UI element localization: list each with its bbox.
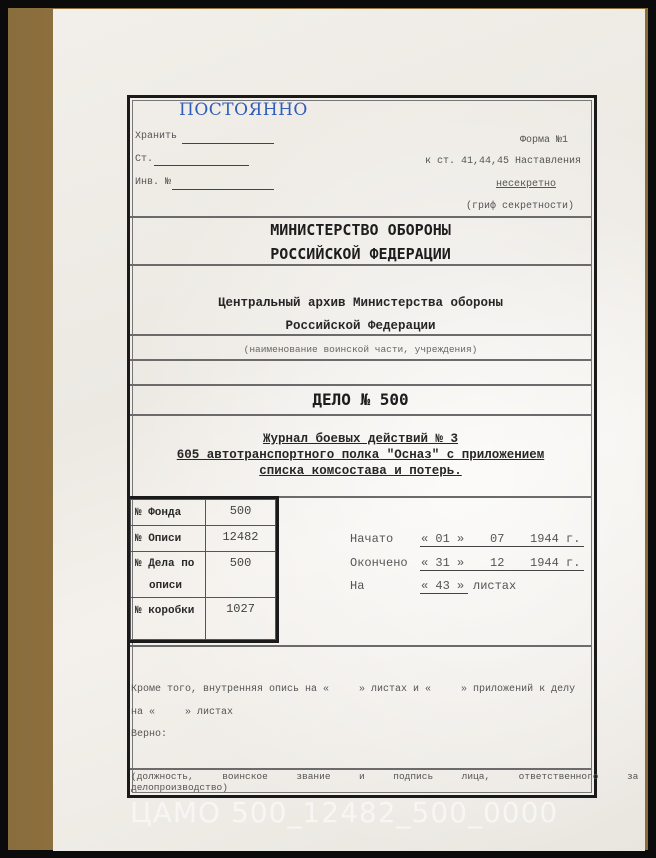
finished-label: Окончено: [350, 556, 408, 570]
verified-label: Верно:: [131, 729, 167, 740]
case-number-label: № Дела по описи: [131, 552, 206, 598]
ministry-title-line1: МИНИСТЕРСТВО ОБОРОНЫ: [130, 221, 591, 239]
classification-value: несекретно: [496, 179, 556, 190]
table-row: № Описи 12482: [131, 526, 276, 552]
started-day: « 01 »: [421, 532, 464, 546]
case-title: ДЕЛО № 500: [130, 390, 591, 409]
archive-name-line1: Центральный архив Министерства обороны: [130, 296, 591, 310]
storage-stamp: ПОСТОЯННО: [179, 100, 308, 120]
form-number: Форма №1: [520, 135, 568, 146]
started-year: 1944 г.: [530, 532, 580, 546]
archive-watermark: ЦАМО 500_12482_500_0000: [130, 796, 558, 829]
divider: [130, 384, 591, 386]
inventory-note-line2: на « » листах: [131, 707, 233, 718]
divider: [130, 264, 591, 266]
sheets-label: На: [350, 579, 364, 593]
classification-caption: (гриф секретности): [466, 201, 574, 212]
keep-label: Хранить: [135, 131, 177, 142]
signature-caption-line1: (должность, воинское звание и подпись ли…: [131, 771, 638, 782]
box-label: № коробки: [131, 598, 206, 640]
instruction-reference: к ст. 41,44,45 Наставления: [425, 156, 581, 167]
divider: [130, 359, 591, 361]
finished-underline: [420, 570, 584, 571]
table-row: № Фонда 500: [131, 500, 276, 526]
case-description-line1: Журнал боевых действий № 3: [130, 432, 591, 446]
registry-table: № Фонда 500 № Описи 12482 № Дела по опис…: [127, 496, 279, 643]
finished-day: « 31 »: [421, 556, 464, 570]
case-number-label-line1: № Дела по: [135, 553, 201, 575]
signature-caption-line2: делопроизводство): [131, 782, 228, 793]
inventory-note-line1: Кроме того, внутренняя опись на « » лист…: [131, 684, 575, 695]
sheets-suffix: листах: [473, 579, 516, 593]
sheets-value: « 43 »: [421, 579, 464, 593]
opis-value: 12482: [206, 526, 276, 552]
unit-caption: (наименование воинской части, учреждения…: [130, 344, 591, 355]
divider: [130, 216, 591, 218]
keep-field: [182, 143, 274, 144]
table-row: № Дела по описи 500: [131, 552, 276, 598]
started-month: 07: [490, 532, 504, 546]
opis-label: № Описи: [131, 526, 206, 552]
article-label: Ст.: [135, 154, 153, 165]
divider: [130, 768, 591, 770]
started-label: Начато: [350, 532, 393, 546]
inventory-field: [172, 189, 274, 190]
case-number-label-line2: описи: [135, 575, 201, 597]
box-value: 1027: [206, 598, 276, 640]
fond-label: № Фонда: [131, 500, 206, 526]
case-description-line2: 605 автотранспортного полка "Осназ" с пр…: [130, 448, 591, 462]
started-underline: [420, 546, 584, 547]
finished-year: 1944 г.: [530, 556, 580, 570]
divider: [130, 414, 591, 416]
article-field: [154, 165, 249, 166]
case-description-line3: списка комсостава и потерь.: [130, 464, 591, 478]
archive-name-line2: Российской Федерации: [130, 319, 591, 333]
fond-value: 500: [206, 500, 276, 526]
sheets-underline: [420, 593, 468, 594]
ministry-title-line2: РОССИЙСКОЙ ФЕДЕРАЦИИ: [130, 245, 591, 263]
divider: [130, 645, 591, 647]
divider: [130, 334, 591, 336]
case-number-value: 500: [206, 552, 276, 598]
table-row: № коробки 1027: [131, 598, 276, 640]
finished-month: 12: [490, 556, 504, 570]
inventory-label: Инв. №: [135, 177, 171, 188]
